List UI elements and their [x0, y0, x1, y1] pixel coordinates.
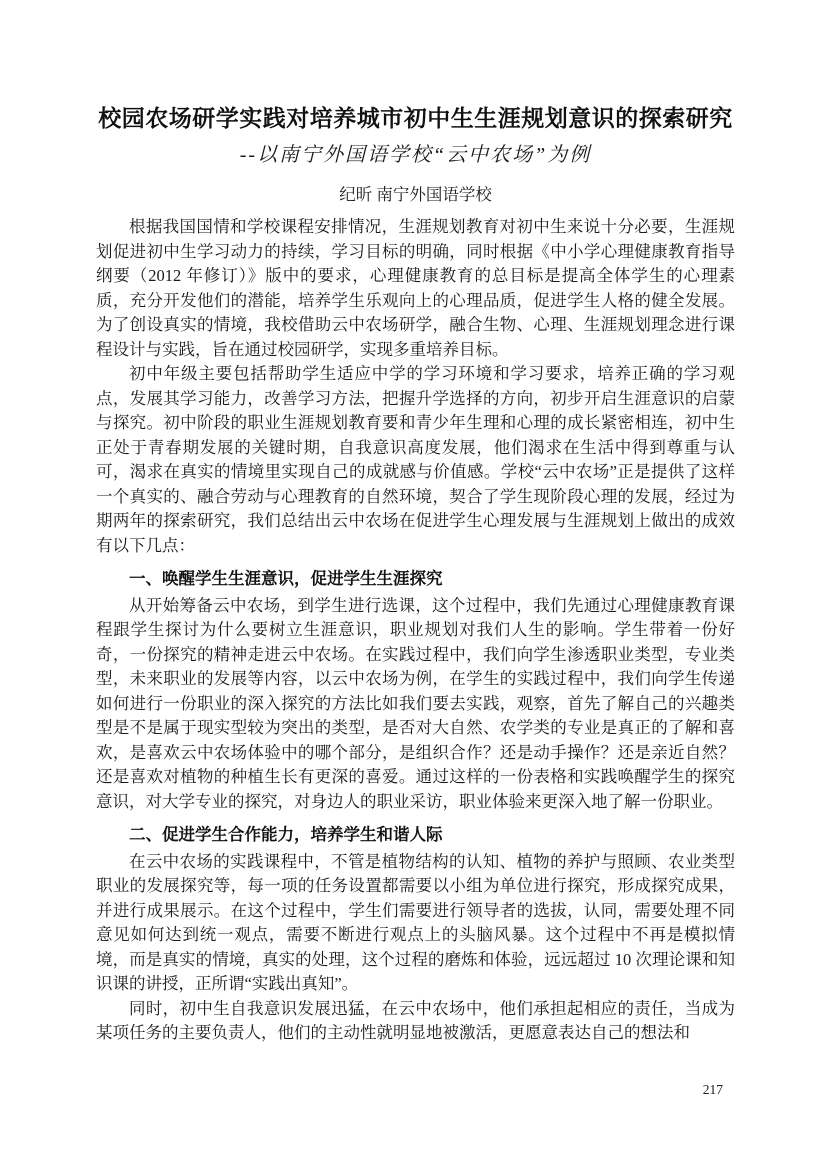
section-1-paragraph-1: 从开始筹备云中农场，到学生进行选课，这个过程中，我们先通过心理健康教育课程跟学生… [96, 594, 735, 815]
document-page: 校园农场研学实践对培养城市初中生生涯规划意识的探索研究 --以南宁外国语学校“云… [0, 0, 827, 1170]
intro-paragraph-1: 根据我国国情和学校课程安排情况，生涯规划教育对初中生来说十分必要，生涯规划促进初… [96, 215, 735, 362]
author-line: 纪昕 南宁外国语学校 [96, 183, 735, 207]
paper-title: 校园农场研学实践对培养城市初中生生涯规划意识的探索研究 [96, 102, 735, 134]
section-2-paragraph-1: 在云中农场的实践课程中，不管是植物结构的认知、植物的养护与照顾、农业类型职业的发… [96, 850, 735, 997]
paper-subtitle: --以南宁外国语学校“云中农场”为例 [96, 141, 735, 170]
section-1-heading: 一、唤醒学生生涯意识，促进学生生涯探究 [96, 567, 735, 592]
section-2-heading: 二、促进学生合作能力，培养学生和谐人际 [96, 823, 735, 848]
intro-paragraph-2: 初中年级主要包括帮助学生适应中学的学习环境和学习要求，培养正确的学习观点，发展其… [96, 362, 735, 558]
page-number: 217 [703, 1082, 723, 1098]
section-2-paragraph-2: 同时，初中生自我意识发展迅猛，在云中农场中，他们承担起相应的责任，当成为某项任务… [96, 997, 735, 1046]
